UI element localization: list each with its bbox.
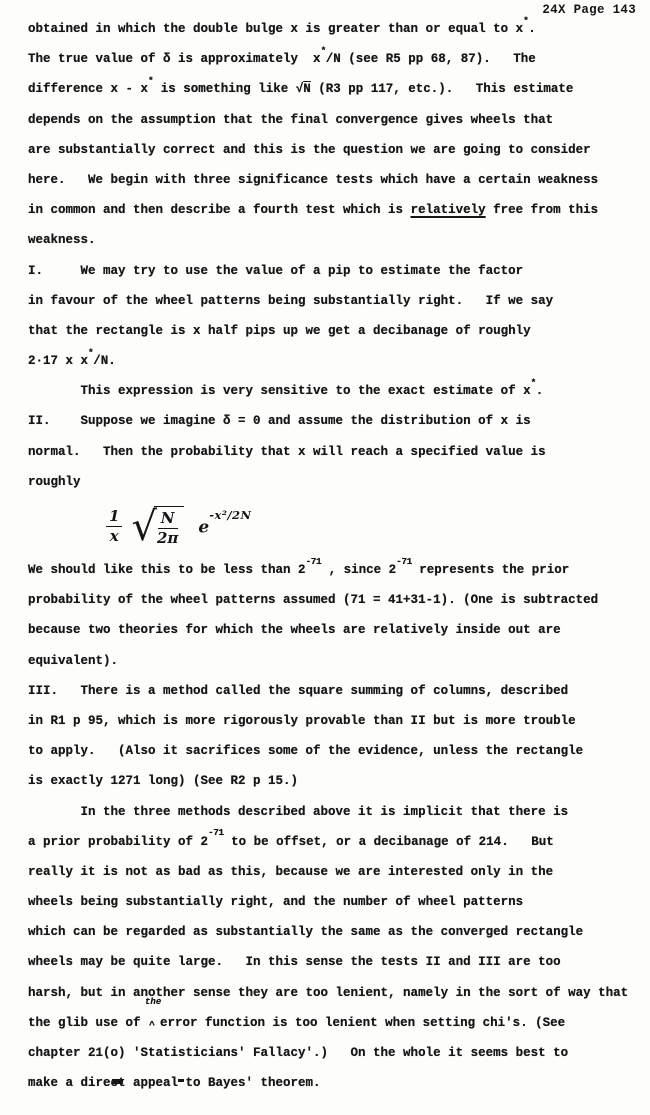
text-line: II. Suppose we imagine δ = 0 and assume … bbox=[28, 406, 650, 436]
exponential-base: e bbox=[198, 517, 209, 537]
text-line: obtained in which the double bulge x is … bbox=[28, 14, 650, 44]
page-number-label: 24X Page 143 bbox=[542, 3, 636, 17]
text-line: normal. Then the probability that x will… bbox=[28, 437, 650, 467]
superscript: -71 bbox=[208, 827, 224, 838]
document-text-block-lower: We should like this to be less than 2-71… bbox=[28, 555, 650, 1098]
text-line: because two theories for which the wheel… bbox=[28, 615, 650, 645]
text-line: I. We may try to use the value of a pip … bbox=[28, 256, 650, 286]
handwritten-formula: 1 x √ N 2π e-x²/2N bbox=[28, 497, 650, 555]
formula-fraction-one-over-x: 1 x bbox=[106, 508, 122, 544]
caret-icon: ^ bbox=[149, 1022, 155, 1032]
scanned-document-page: 24X Page 143 obtained in which the doubl… bbox=[0, 0, 650, 1115]
superscript: * bbox=[88, 347, 93, 358]
text-line: in common and then describe a fourth tes… bbox=[28, 195, 650, 225]
text-line: roughly bbox=[28, 467, 650, 497]
radicand-numerator: N bbox=[158, 510, 178, 529]
text-line: The true value of δ is approximately x*/… bbox=[28, 44, 650, 74]
text-line: equivalent). bbox=[28, 646, 650, 676]
superscript: -71 bbox=[396, 556, 412, 567]
text-line: wheels being substantially right, and th… bbox=[28, 887, 650, 917]
superscript: * bbox=[148, 75, 153, 86]
superscript: * bbox=[523, 15, 528, 26]
text-line: really it is not as bad as this, because… bbox=[28, 857, 650, 887]
text-line: We should like this to be less than 2-71… bbox=[28, 555, 650, 585]
formula-numerator: 1 bbox=[106, 508, 122, 527]
square-root-sign: √ bbox=[131, 507, 157, 547]
underlined-word: relatively bbox=[411, 203, 486, 217]
radicand-denominator: 2π bbox=[157, 529, 178, 547]
text-line: 2·17 x x*/N. bbox=[28, 346, 650, 376]
formula-radicand: N 2π bbox=[154, 506, 184, 546]
text-line: to apply. (Also it sacrifices some of th… bbox=[28, 736, 650, 766]
text-line: In the three methods described above it … bbox=[28, 797, 650, 827]
scan-artifact bbox=[112, 1079, 123, 1084]
text-line: This expression is very sensitive to the… bbox=[28, 376, 650, 406]
exponential-exponent: -x²/2N bbox=[209, 508, 251, 522]
text-line: in favour of the wheel patterns being su… bbox=[28, 286, 650, 316]
text-line: III. There is a method called the square… bbox=[28, 676, 650, 706]
superscript: -71 bbox=[306, 556, 322, 567]
text-line: probability of the wheel patterns assume… bbox=[28, 585, 650, 615]
text-line: chapter 21(o) 'Statisticians' Fallacy'.)… bbox=[28, 1038, 650, 1068]
text-line: here. We begin with three significance t… bbox=[28, 165, 650, 195]
formula-exponential-term: e-x²/2N bbox=[198, 515, 251, 538]
inserted-word: the bbox=[145, 998, 161, 1007]
text-line: difference x - x* is something like √N (… bbox=[28, 74, 650, 104]
overlined-symbol: N bbox=[303, 82, 311, 96]
text-line: is exactly 1271 long) (See R2 p 15.) bbox=[28, 766, 650, 796]
text-line: which can be regarded as substantially t… bbox=[28, 917, 650, 947]
text-line: that the rectangle is x half pips up we … bbox=[28, 316, 650, 346]
scan-artifact bbox=[178, 1079, 184, 1082]
formula-denominator: x bbox=[110, 527, 119, 545]
text-line: the glib use of the^error function is to… bbox=[28, 1008, 650, 1038]
formula-radical: √ N 2π bbox=[131, 506, 184, 546]
superscript: * bbox=[531, 377, 536, 388]
handwritten-insertion: the^ bbox=[148, 1013, 160, 1026]
superscript: * bbox=[321, 45, 326, 56]
text-line: depends on the assumption that the final… bbox=[28, 105, 650, 135]
text-line: wheels may be quite large. In this sense… bbox=[28, 947, 650, 977]
document-text-block-upper: obtained in which the double bulge x is … bbox=[28, 14, 650, 497]
text-line: harsh, but in another sense they are too… bbox=[28, 978, 650, 1008]
text-line: weakness. bbox=[28, 225, 650, 255]
text-line: in R1 p 95, which is more rigorously pro… bbox=[28, 706, 650, 736]
text-line: are substantially correct and this is th… bbox=[28, 135, 650, 165]
text-line: a prior probability of 2-71 to be offset… bbox=[28, 827, 650, 857]
